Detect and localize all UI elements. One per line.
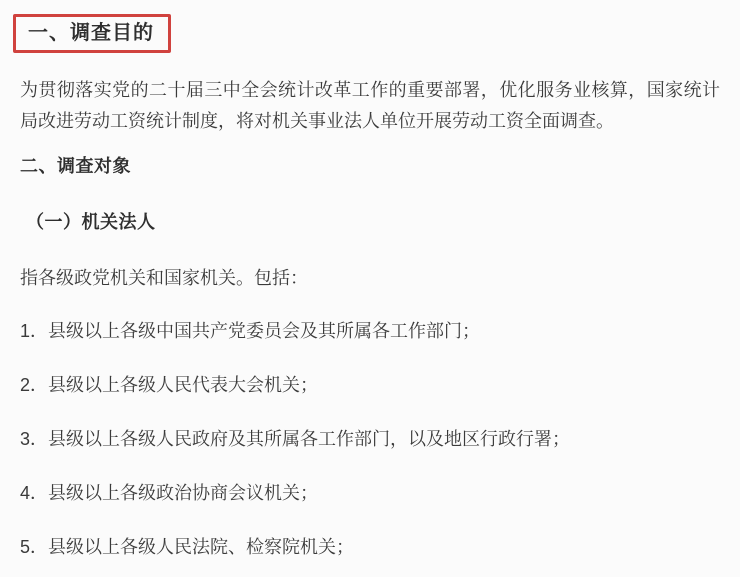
subsection1-intro: 指各级政党机关和国家机关。包括： — [20, 266, 720, 290]
subsection1-heading: （一）机关法人 — [26, 211, 720, 233]
document-page: 一、调查目的 为贯彻落实党的二十届三中全会统计改革工作的重要部署，优化服务业核算… — [0, 0, 740, 577]
section2-heading: 二、调查对象 — [20, 155, 720, 177]
section1-heading: 一、调查目的 — [28, 22, 154, 44]
list-item: 5．县级以上各级人民法院、检察院机关； — [20, 535, 720, 559]
list-item: 3．县级以上各级人民政府及其所属各工作部门，以及地区行政行署； — [20, 427, 720, 451]
list-item: 4．县级以上各级政治协商会议机关； — [20, 481, 720, 505]
section1-paragraph: 为贯彻落实党的二十届三中全会统计改革工作的重要部署，优化服务业核算，国家统计局改… — [20, 75, 720, 137]
list-item: 2．县级以上各级人民代表大会机关； — [20, 373, 720, 397]
highlight-box: 一、调查目的 — [13, 14, 171, 53]
list-item: 1．县级以上各级中国共产党委员会及其所属各工作部门； — [20, 319, 720, 343]
